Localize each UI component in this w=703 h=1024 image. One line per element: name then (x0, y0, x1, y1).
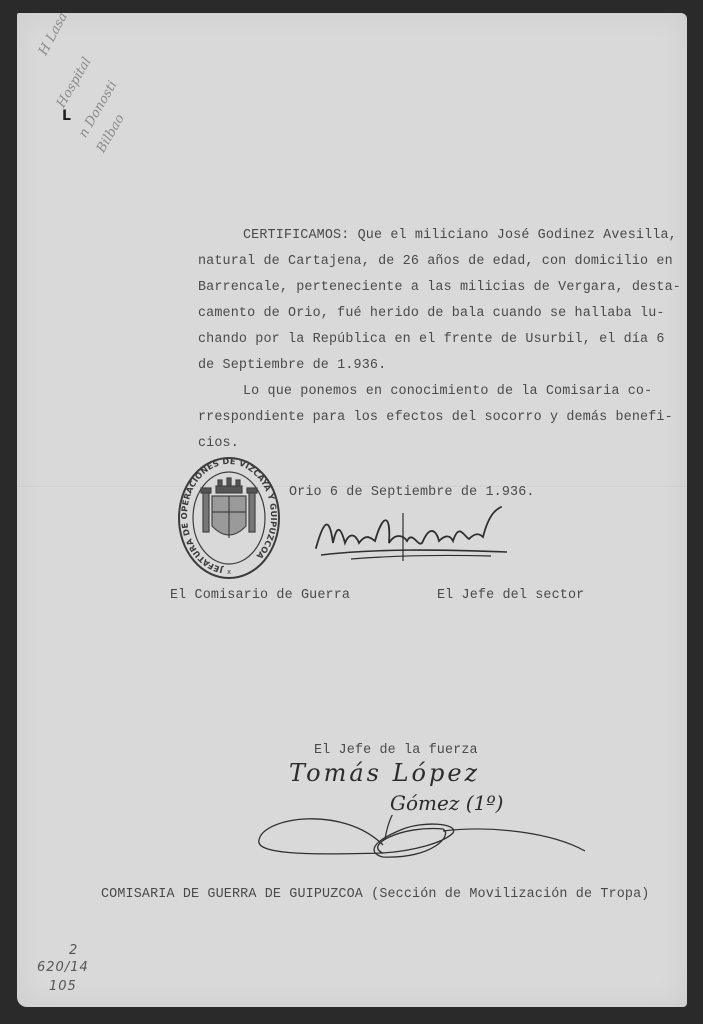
body-line: CERTIFICAMOS: Que el miliciano José Godi… (243, 228, 677, 243)
body-line: chando por la República en el frente de … (198, 332, 665, 347)
archive-ref-line2: 105 (49, 979, 77, 994)
body-line: Barrencale, perteneciente a las milicias… (198, 280, 681, 295)
place-date: Orio 6 de Septiembre de 1.936. (289, 485, 535, 500)
issuing-office-footer: COMISARIA DE GUERRA DE GUIPUZCOA (Secció… (101, 887, 649, 902)
document-page: H Lasa Hospital n Donosti Bilbao L CERTI… (17, 13, 687, 1007)
margin-notes: H Lasa Hospital n Donosti Bilbao L (32, 33, 152, 153)
stamp-bottom-mark: x (227, 568, 231, 576)
sector-chief-label: El Jefe del sector (437, 588, 584, 603)
body-line: Lo que ponemos en conocimiento de la Com… (243, 384, 652, 399)
margin-note-2: Hospital (54, 55, 95, 111)
body-line: cios. (198, 436, 239, 451)
force-chief-signature-line1: Tomás López (289, 759, 480, 787)
body-line: camento de Orio, fué herido de bala cuan… (198, 306, 665, 321)
sector-chief-signature (311, 503, 511, 563)
coat-of-arms-icon (201, 478, 257, 538)
ink-mark: L (62, 108, 71, 124)
official-stamp: JEFATURA DE OPERACIONES DE VIZCAYA Y GUI… (176, 456, 282, 582)
force-chief-label: El Jefe de la fuerza (314, 743, 478, 758)
force-chief-flourish (253, 815, 593, 865)
body-line: natural de Cartajena, de 26 años de edad… (198, 254, 673, 269)
margin-note-1: H Lasa (36, 10, 71, 58)
archive-ref-line1: 620/14 (37, 960, 89, 975)
archive-mark: 2 (69, 943, 78, 958)
force-chief-signature-line2: Gómez (1º) (390, 791, 503, 815)
body-line: rrespondiente para los efectos del socor… (198, 410, 673, 425)
commissar-label: El Comisario de Guerra (170, 588, 350, 603)
body-line: de Septiembre de 1.936. (198, 358, 386, 373)
